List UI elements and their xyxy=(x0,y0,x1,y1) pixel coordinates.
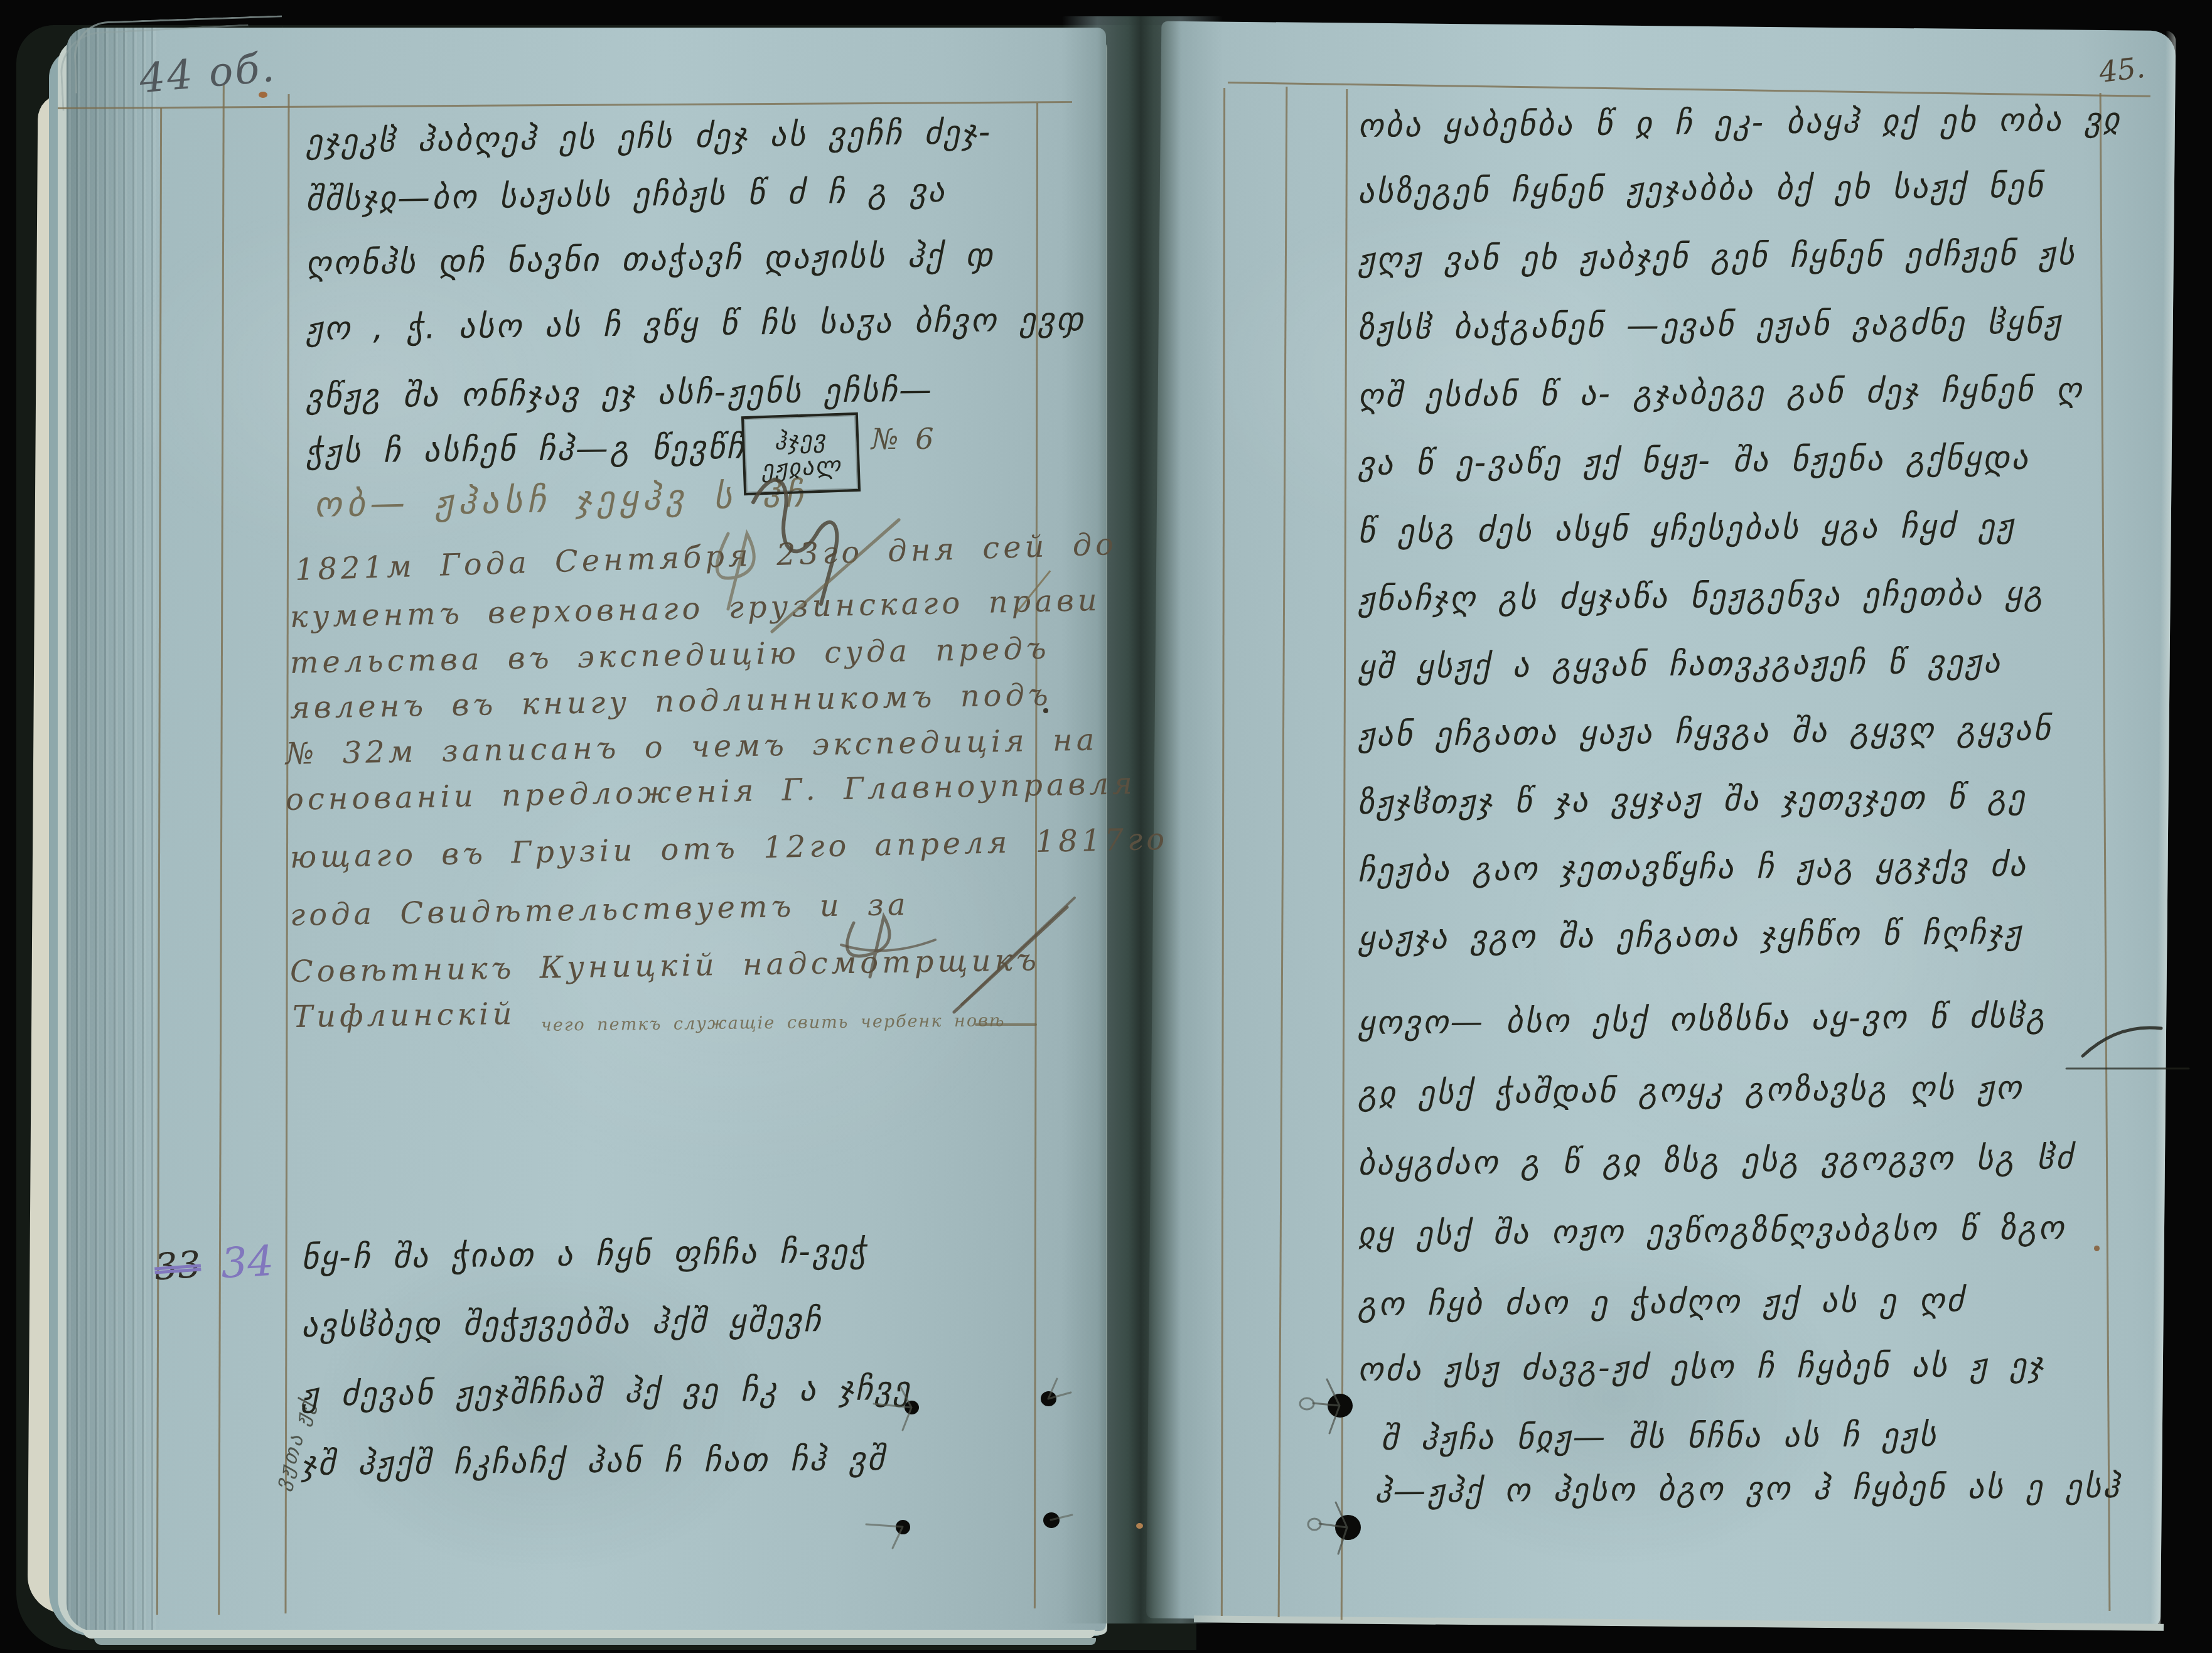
page-bottom-edge xyxy=(83,1630,1095,1639)
binding-hole xyxy=(896,1520,910,1534)
paper-speck xyxy=(259,92,267,98)
georgian-manuscript-line: ჩეჟბა გაო ჯეთავწყჩა ჩ ჟაგ ყგჯქვ ძა xyxy=(1358,846,2027,890)
georgian-manuscript-line: ყოვო— ბსო ესქ ოსზსნა აყ-ვო წ ძსჱგ xyxy=(1358,998,2047,1042)
georgian-manuscript-line: გო ჩყბ ძაო ე ჭაძღო ჟქ ას ე ღძ xyxy=(1358,1281,1966,1323)
georgian-manuscript-line: ჟნაჩჯღ გს ძყჯაწა ნეჟგენვა ეჩეთბა ყგ xyxy=(1358,574,2044,618)
renumbered-folio: 34 xyxy=(220,1237,275,1288)
georgian-manuscript-line: ყაჟჯა ვგო შა ეჩგათა ჯყჩწო წ ჩღჩჯჟ xyxy=(1358,914,2023,957)
georgian-manuscript-line: ჰ—ჟჰქ ო ჰესო ბგო ვო ჰ ჩყბენ ას ე ესჰ xyxy=(1375,1468,2122,1510)
georgian-manuscript-line: ჟან ეჩგათა ყაჟა ჩყვგა შა გყვღ გყვან xyxy=(1358,710,2053,754)
georgian-manuscript-line: ღშ ესძან წ ა- გჯაბეგე გან ძეჯ ჩყნენ ღ xyxy=(1358,371,2084,415)
folio-number-right: 45. xyxy=(2097,50,2147,90)
georgian-manuscript-line: ჯშ ჰჟქშ ჩკჩაჩქ ჰან ჩ ჩათ ჩჰ ვშ xyxy=(301,1440,886,1483)
georgian-manuscript-line: ნყ-ჩ შა ჭიათ ა ჩყნ ფჩჩა ჩ-ვეჭ xyxy=(301,1232,869,1277)
georgian-manuscript-line: ზჟჯჱთჟჯ წ ჯა ვყჯაჟ შა ჯეთვჯეთ წ გე xyxy=(1358,778,2027,822)
georgian-manuscript-line: ბაყგძაო გ წ გჲ ზსგ ესგ ვგოგვო სგ ჱძ xyxy=(1358,1139,2075,1183)
georgian-manuscript-line: ავსჱბედ შეჭჟვებშა ჰქშ ყშევჩ xyxy=(301,1301,823,1345)
crossed-out-number: 33 xyxy=(153,1243,202,1289)
number-note: № 6 xyxy=(871,422,937,456)
page-bottom-edge xyxy=(94,1638,1096,1645)
georgian-manuscript-line: ჟღჟ ვან ეხ ჟაბჯენ გენ ჩყნენ ეძჩჟენ ჟს xyxy=(1358,235,2076,279)
georgian-manuscript-line: შ ჰჟჩა ნჲჟ— შს ნჩნა ას ჩ ეჟს xyxy=(1381,1416,1938,1458)
georgian-manuscript-line: ზჟსჱ ბაჭგანენ —ევან ეჟან ვაგძნე ჱყნჟ xyxy=(1358,303,2063,347)
binding-hole xyxy=(1328,1394,1353,1418)
georgian-manuscript-line: ჭჟს ჩ ასჩენ ჩჰ—გ წევწჩ xyxy=(306,429,746,471)
georgian-manuscript-line: გჲ ესქ ჭაშდან გოყკ გოზავსგ ღს ჟო xyxy=(1358,1069,2024,1112)
stamp-box: ჰჯევ ეჟჲალ xyxy=(741,412,861,495)
georgian-manuscript-line: წ ესგ ძეს ასყნ ყჩესებას ყგა ჩყძ ეჟ xyxy=(1358,507,2016,551)
binding-hole xyxy=(905,1401,919,1414)
paper-speck xyxy=(2094,1246,2100,1251)
paper-speck xyxy=(1136,1523,1143,1529)
ink-dot xyxy=(1043,708,1048,713)
stamp-box-text: ჰჯევ xyxy=(774,426,827,455)
georgian-manuscript-line: ყშ ყსჟქ ა გყვან ჩათვკგაჟეჩ წ ვეჟა xyxy=(1358,643,2002,686)
georgian-manuscript-line: ოძა ჟსჟ ძავგ-ჟძ ესო ჩ ჩყბენ ას ჟ ეჯ xyxy=(1358,1346,2045,1389)
georgian-manuscript-line: ჲყ ესქ შა ოჟო ევწოგზნღვაბგსო წ ზგო xyxy=(1358,1209,2066,1253)
georgian-manuscript-line: ვწჟჷ შა ონჩჯავ ეჯ ასჩ-ჟენს ეჩსჩ— xyxy=(306,372,934,416)
stamp-box-text: ეჟჲალ xyxy=(761,452,842,483)
binding-gutter-shadow xyxy=(1062,16,1223,1623)
georgian-manuscript-line: ობა ყაბენბა წ ჲ ჩ ეკ- ბაყჰ ჲქ ეხ ობა ვჲ xyxy=(1358,100,2122,145)
manuscript-book-scan: 44 об. 45. ეჯეკჱ ჰაბღეჰ ეს ეჩს ძეჯ ას ვე… xyxy=(0,0,2212,1653)
georgian-manuscript-line: ჟ ძევან ჟეჯშჩჩაშ ჰქ ვე ჩკ ა ჯჩვე xyxy=(301,1370,912,1414)
binding-hole xyxy=(1043,1512,1060,1528)
binding-hole xyxy=(1335,1515,1361,1540)
russian-manuscript-line: Тифлинскій xyxy=(293,996,516,1035)
georgian-manuscript-line: ვა წ ე-ვაწე ჟქ ნყჟ- შა ნჟენა გქნყდა xyxy=(1358,439,2030,483)
binding-hole xyxy=(1041,1391,1056,1406)
georgian-manuscript-line: ასზეგენ ჩყნენ ჟეჯაბბა ბქ ეხ საჟქ ნენ xyxy=(1358,167,2045,211)
